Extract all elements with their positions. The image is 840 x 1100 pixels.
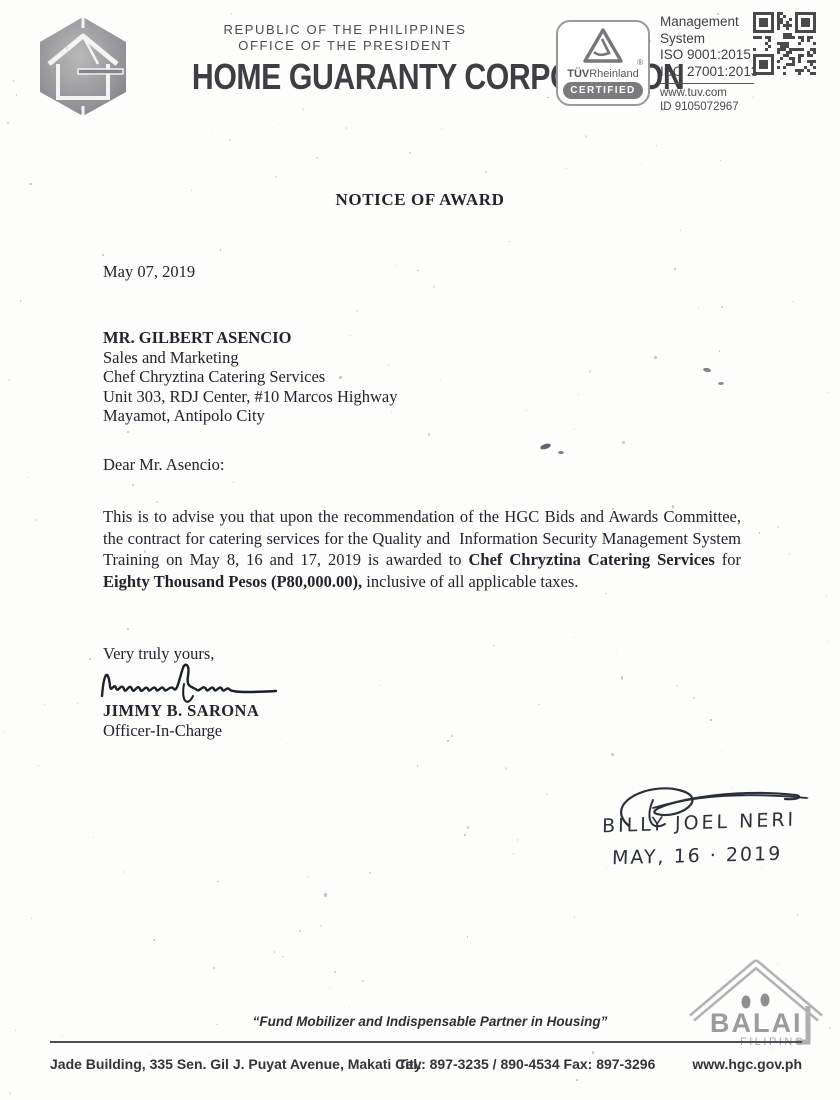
recipient-line: Sales and Marketing [103,348,397,368]
tuv-certification-info: Management System ISO 9001:2015 ISO 2700… [660,14,758,114]
salutation: Dear Mr. Asencio: [103,455,224,475]
body-bold-awardee: Chef Chryztina Catering Services [469,550,715,569]
letter-title: NOTICE OF AWARD [0,190,840,210]
registered-mark: ® [637,58,643,67]
footer-divider [50,1041,802,1043]
letterhead: REPUBLIC OF THE PHILIPPINES OFFICE OF TH… [145,22,545,98]
org-name: HOME GUARANTY CORPORATION [145,56,545,98]
tuv-cert-id: ID 9105072967 [660,100,758,114]
recipient-name: MR. GILBERT ASENCIO [103,328,397,348]
qr-code-icon [753,12,816,75]
office-line: OFFICE OF THE PRESIDENT [145,38,545,54]
scan-smudge [703,367,712,372]
hgc-logo-icon [30,14,140,119]
body-paragraph: This is to advise you that upon the reco… [103,506,741,592]
handwritten-date: MAY, 16 · 2019 [612,843,783,869]
recipient-block: MR. GILBERT ASENCIO Sales and Marketing … [103,328,397,426]
tuv-divider [660,83,754,84]
scan-smudge [539,442,551,450]
tuv-certified-badge-icon: ® TÜVRheinland CERTIFIED [556,20,650,106]
body-text: inclusive of all applicable taxes. [362,572,578,591]
tuv-line: System [660,31,758,48]
tuv-line: ISO 27001:2013 [660,64,758,81]
signer-title: Officer-In-Charge [103,721,222,741]
footer-phones: Tel.: 897-3235 / 890-4534 Fax: 897-3296 [398,1056,655,1072]
tuv-line: Management [660,14,758,31]
recipient-line: Mayamot, Antipolo City [103,406,397,426]
body-text: for [715,550,745,569]
footer-website: www.hgc.gov.ph [692,1056,802,1072]
recipient-line: Chef Chryztina Catering Services [103,367,397,387]
body-bold-amount: Eighty Thousand Pesos (P80,000.00), [103,572,362,591]
tuv-url: www.tuv.com [660,86,758,100]
tuv-triangle-icon [582,27,624,65]
letter-date: May 07, 2019 [103,262,195,282]
scan-smudge [718,382,724,385]
tuv-brand-label: TÜVRheinland [558,68,648,80]
scan-smudge [558,451,564,454]
recipient-line: Unit 303, RDJ Center, #10 Marcos Highway [103,387,397,407]
balai-filipino-logo-icon: BALAI FILIPINO [686,956,826,1048]
republic-line: REPUBLIC OF THE PHILIPPINES [145,22,545,38]
certified-label: CERTIFIED [563,82,643,99]
scanned-letter-page: REPUBLIC OF THE PHILIPPINES OFFICE OF TH… [0,0,840,1100]
footer-tagline: “Fund Mobilizer and Indispensable Partne… [120,1014,740,1029]
footer-address: Jade Building, 335 Sen. Gil J. Puyat Ave… [50,1056,422,1072]
tuv-line: ISO 9001:2015 [660,47,758,64]
signer-name: JIMMY B. SARONA [103,701,259,721]
